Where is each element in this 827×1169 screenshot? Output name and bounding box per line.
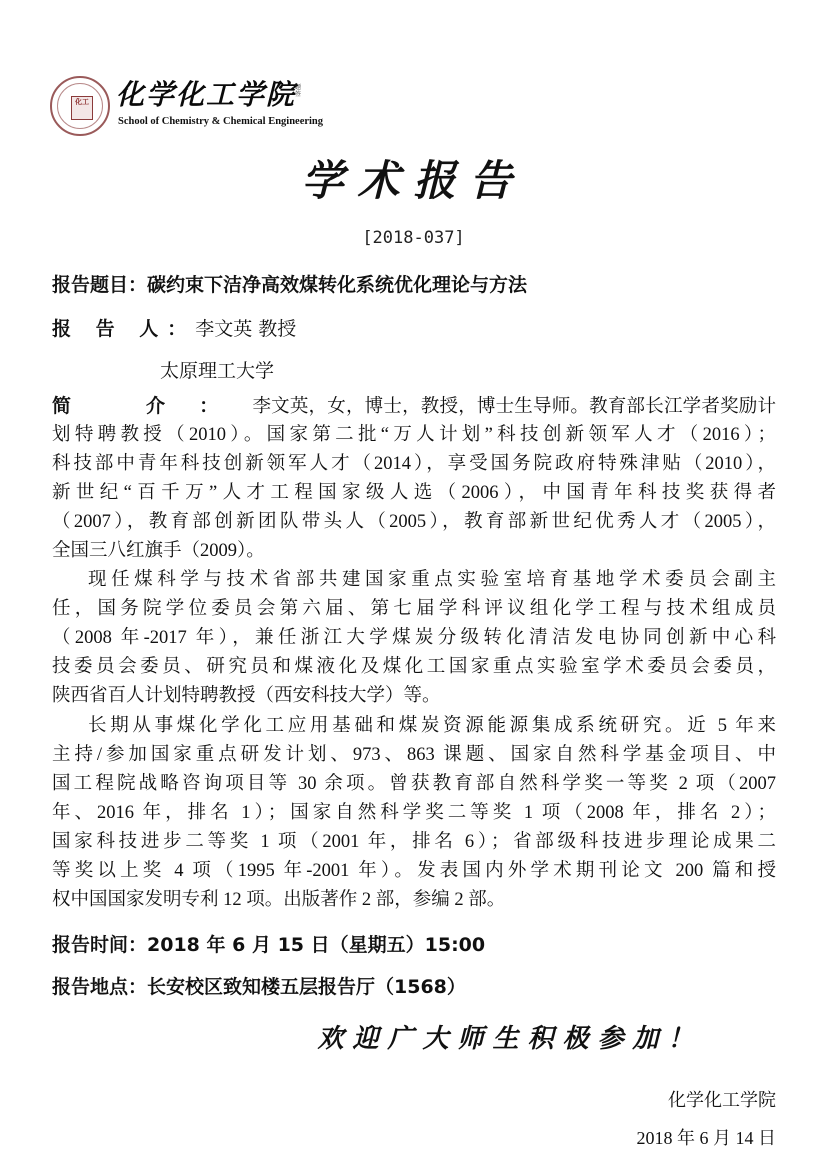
calligraphy-signature: 题签 xyxy=(295,84,303,98)
topic-row: 报告题目：碳约束下洁净高效煤转化系统优化理论与方法 xyxy=(52,272,527,298)
organizer-signature: 化学化工学院 xyxy=(668,1086,776,1112)
bio-line: 新世纪“百千万”人才工程国家级人选（2006），中国青年科技奖获得者 xyxy=(52,479,776,508)
bio-label: 简 介： xyxy=(52,395,252,417)
bio-line: 年、2016 年，排名 1）；国家自然科学奖二等奖 1 项（2008 年，排名 … xyxy=(52,799,776,828)
time-row: 报告时间：2018 年 6 月 15 日（星期五）15:00 xyxy=(52,932,485,958)
bio-line: 长期从事煤化学化工应用基础和煤炭资源能源集成系统研究。近 5 年来 xyxy=(52,712,776,741)
bio-line: 国家科技进步二等奖 1 项（2001 年，排名 6）；省部级科技进步理论成果二 xyxy=(52,828,776,857)
school-name-english: School of Chemistry & Chemical Engineeri… xyxy=(118,116,323,127)
bio-line: 等奖以上奖 4 项（1995 年-2001 年）。发表国内外学术期刊论文 200… xyxy=(52,857,776,886)
speaker-row: 报 告 人：李文英 教授 xyxy=(52,316,296,342)
issue-date: 2018 年 6 月 14 日 xyxy=(637,1124,777,1150)
document-number: [2018-037] xyxy=(0,228,827,248)
bio-line: 权中国国家发明专利 12 项。出版著作 2 部，参编 2 部。 xyxy=(52,886,776,915)
speaker-affiliation: 太原理工大学 xyxy=(160,358,274,384)
school-logo: 化工 化学化工学院 School of Chemistry & Chemical… xyxy=(50,76,310,140)
bio-line: 任，国务院学位委员会第六届、第七届学科评议组化学工程与技术组成员 xyxy=(52,595,776,624)
topic-label: 报告题目： xyxy=(52,274,147,296)
topic-value: 碳约束下洁净高效煤转化系统优化理论与方法 xyxy=(147,274,527,296)
bio-line: 划特聘教授（2010）。国家第二批“万人计划”科技创新领军人才（2016）； xyxy=(52,421,776,450)
school-seal-icon: 化工 xyxy=(50,76,110,136)
time-label: 报告时间： xyxy=(52,934,147,956)
bio-line: （2007），教育部创新团队带头人（2005），教育部新世纪优秀人才（2005）… xyxy=(52,508,776,537)
bio-line: 陕西省百人计划特聘教授（西安科技大学）等。 xyxy=(52,682,776,711)
time-value: 2018 年 6 月 15 日（星期五）15:00 xyxy=(147,934,485,956)
location-label: 报告地点： xyxy=(52,976,147,998)
speaker-name: 李文英 教授 xyxy=(195,318,296,340)
document-title: 学术报告 xyxy=(0,156,827,206)
bio-line: （2008 年-2017 年），兼任浙江大学煤炭分级转化清洁发电协同创新中心科 xyxy=(52,624,776,653)
bio-line: 全国三八红旗手（2009）。 xyxy=(52,537,776,566)
bio-line: 现任煤科学与技术省部共建国家重点实验室培育基地学术委员会副主 xyxy=(52,566,776,595)
school-name-chinese: 化学化工学院 xyxy=(116,78,296,112)
bio-line: 简 介：李文英，女，博士，教授，博士生导师。教育部长江学者奖励计 xyxy=(52,392,776,421)
speaker-label: 报 告 人： xyxy=(52,318,195,340)
location-row: 报告地点：长安校区致知楼五层报告厅（1568） xyxy=(52,974,466,1000)
bio-line: 国工程院战略咨询项目等 30 余项。曾获教育部自然科学奖一等奖 2 项（2007 xyxy=(52,770,776,799)
bio-line: 主持/参加国家重点研发计划、973、863 课题、国家自然科学基金项目、中 xyxy=(52,741,776,770)
welcome-message: 欢迎广大师生积极参加！ xyxy=(230,1018,790,1055)
seal-emblem: 化工 xyxy=(71,96,93,120)
bio-line: 技委员会委员、研究员和煤液化及煤化工国家重点实验室学术委员会委员， xyxy=(52,653,776,682)
bio-line: 科技部中青年科技创新领军人才（2014），享受国务院政府特殊津贴（2010）， xyxy=(52,450,776,479)
location-value: 长安校区致知楼五层报告厅（1568） xyxy=(147,976,466,998)
